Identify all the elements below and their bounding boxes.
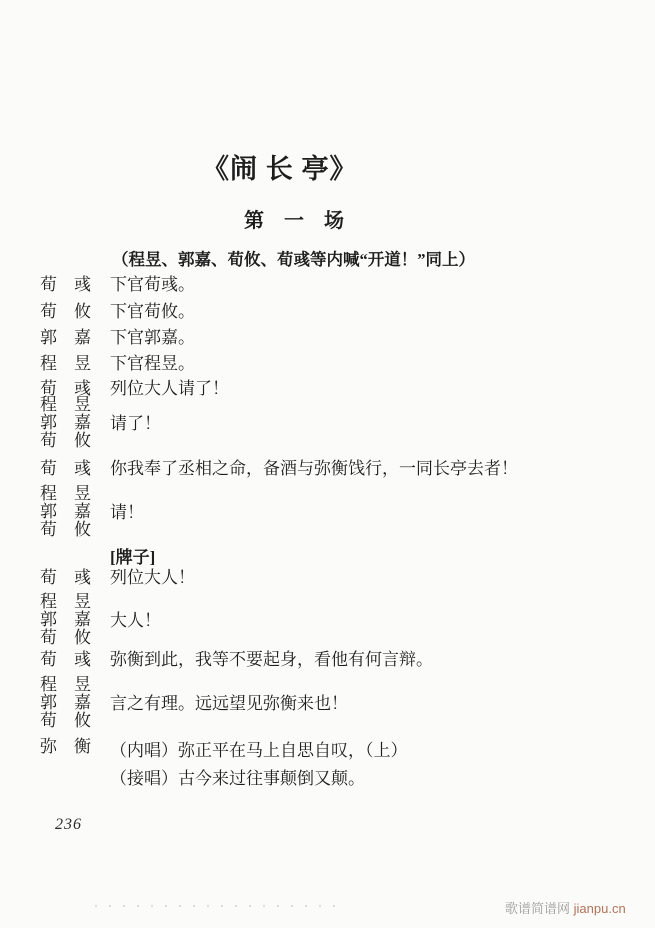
speaker-name: 程 昱 (40, 485, 110, 503)
speaker-group: 程 昱 郭 嘉 荀 攸 (40, 676, 110, 730)
sung-line: （内唱）弥正平在马上自思自叹，（上） (110, 737, 408, 765)
speaker-group: 程 昱 郭 嘉 荀 攸 (40, 485, 110, 539)
dialogue-text: 下官荀彧。 (110, 275, 195, 294)
dialogue-line: 程 昱 郭 嘉 荀 攸 言之有理。远远望见弥衡来也！ (40, 676, 348, 730)
dialogue-text: 下官荀攸。 (110, 302, 195, 321)
speaker-name: 郭 嘉 (40, 503, 110, 521)
watermark: 歌谱简谱网 jianpu.cn (505, 898, 626, 917)
speaker-name: 程 昱 (40, 396, 110, 414)
dialogue-text: 言之有理。远远望见弥衡来也！ (110, 694, 348, 713)
speaker-name: 郭 嘉 (40, 414, 110, 432)
speaker-name: 荀 彧 (40, 650, 110, 669)
page-number: 236 (55, 816, 82, 834)
dialogue-text: 请！ (110, 503, 144, 522)
script-page: 《闹 长 亭》 第 一 场 （程昱、郭嘉、荀攸、荀彧等内喊“开道！”同上） 荀 … (0, 0, 655, 928)
dialogue-line: 郭 嘉 下官郭嘉。 (40, 328, 195, 347)
speaker-name: 荀 彧 (40, 459, 110, 478)
dialogue-text: 下官郭嘉。 (110, 328, 195, 347)
speaker-name: 荀 彧 (40, 275, 110, 294)
speaker-name: 荀 攸 (40, 712, 110, 730)
dialogue-text: 你我奉了丞相之命，备酒与弥衡饯行，一同长亭去者！ (110, 459, 518, 478)
speaker-name: 郭 嘉 (40, 328, 110, 347)
scene-heading: 第 一 场 (244, 204, 344, 233)
dialogue-line: 程 昱 下官程昱。 (40, 354, 195, 373)
dialogue-text: （内唱）弥正平在马上自思自叹，（上） （接唱）古今来过往事颠倒又颠。 (110, 737, 408, 793)
sung-line: （接唱）古今来过往事颠倒又颠。 (110, 765, 408, 793)
speaker-name: 荀 攸 (40, 432, 110, 450)
speaker-name: 郭 嘉 (40, 694, 110, 712)
watermark-site-name: 歌谱简谱网 (505, 901, 570, 916)
dialogue-text: 大人！ (110, 611, 161, 630)
dialogue-line: 程 昱 郭 嘉 荀 攸 请了！ (40, 396, 161, 450)
dialogue-line: 荀 彧 弥衡到此，我等不要起身，看他有何言辩。 (40, 650, 433, 669)
speaker-name: 荀 攸 (40, 521, 110, 539)
dialogue-line: 荀 彧 你我奉了丞相之命，备酒与弥衡饯行，一同长亭去者！ (40, 459, 518, 478)
speaker-name: 荀 彧 (40, 568, 110, 587)
speaker-name: 荀 攸 (40, 629, 110, 647)
dialogue-text: 请了！ (110, 414, 161, 433)
dialogue-text: 弥衡到此，我等不要起身，看他有何言辩。 (110, 650, 433, 669)
scan-artifact (95, 905, 335, 907)
speaker-name: 程 昱 (40, 593, 110, 611)
speaker-group: 程 昱 郭 嘉 荀 攸 (40, 593, 110, 647)
speaker-name: 荀 攸 (40, 302, 110, 321)
play-title: 《闹 长 亭》 (202, 147, 358, 186)
watermark-site-url: jianpu.cn (574, 901, 626, 916)
dialogue-line: 程 昱 郭 嘉 荀 攸 大人！ (40, 593, 161, 647)
dialogue-line: 程 昱 郭 嘉 荀 攸 请！ (40, 485, 144, 539)
stage-direction: （程昱、郭嘉、荀攸、荀彧等内喊“开道！”同上） (112, 246, 475, 270)
speaker-name: 程 昱 (40, 354, 110, 373)
dialogue-line: 荀 彧 列位大人！ (40, 568, 195, 587)
speaker-name: 郭 嘉 (40, 611, 110, 629)
dialogue-line: 弥 衡 （内唱）弥正平在马上自思自叹，（上） （接唱）古今来过往事颠倒又颠。 (40, 737, 408, 793)
dialogue-line: 荀 攸 下官荀攸。 (40, 302, 195, 321)
speaker-name: 弥 衡 (40, 737, 110, 756)
dialogue-text: 下官程昱。 (110, 354, 195, 373)
dialogue-text: 列位大人！ (110, 568, 195, 587)
speaker-name: 程 昱 (40, 676, 110, 694)
music-cue: [牌子] (110, 543, 155, 568)
speaker-group: 程 昱 郭 嘉 荀 攸 (40, 396, 110, 450)
dialogue-line: 荀 彧 下官荀彧。 (40, 275, 195, 294)
